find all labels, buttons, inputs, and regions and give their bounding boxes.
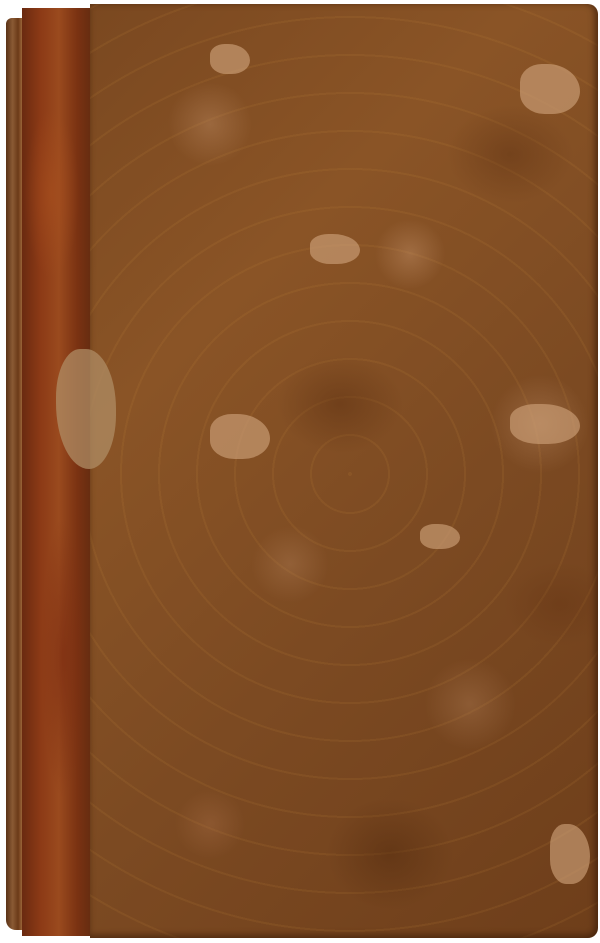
marbled-front-board — [90, 4, 598, 938]
worn-patch — [550, 824, 590, 884]
worn-patch — [510, 404, 580, 444]
book — [6, 4, 598, 938]
worn-patch — [210, 44, 250, 74]
worn-patch — [520, 64, 580, 114]
worn-patch — [310, 234, 360, 264]
worn-patch — [210, 414, 270, 459]
worn-patch — [420, 524, 460, 549]
book-spine — [22, 8, 96, 936]
